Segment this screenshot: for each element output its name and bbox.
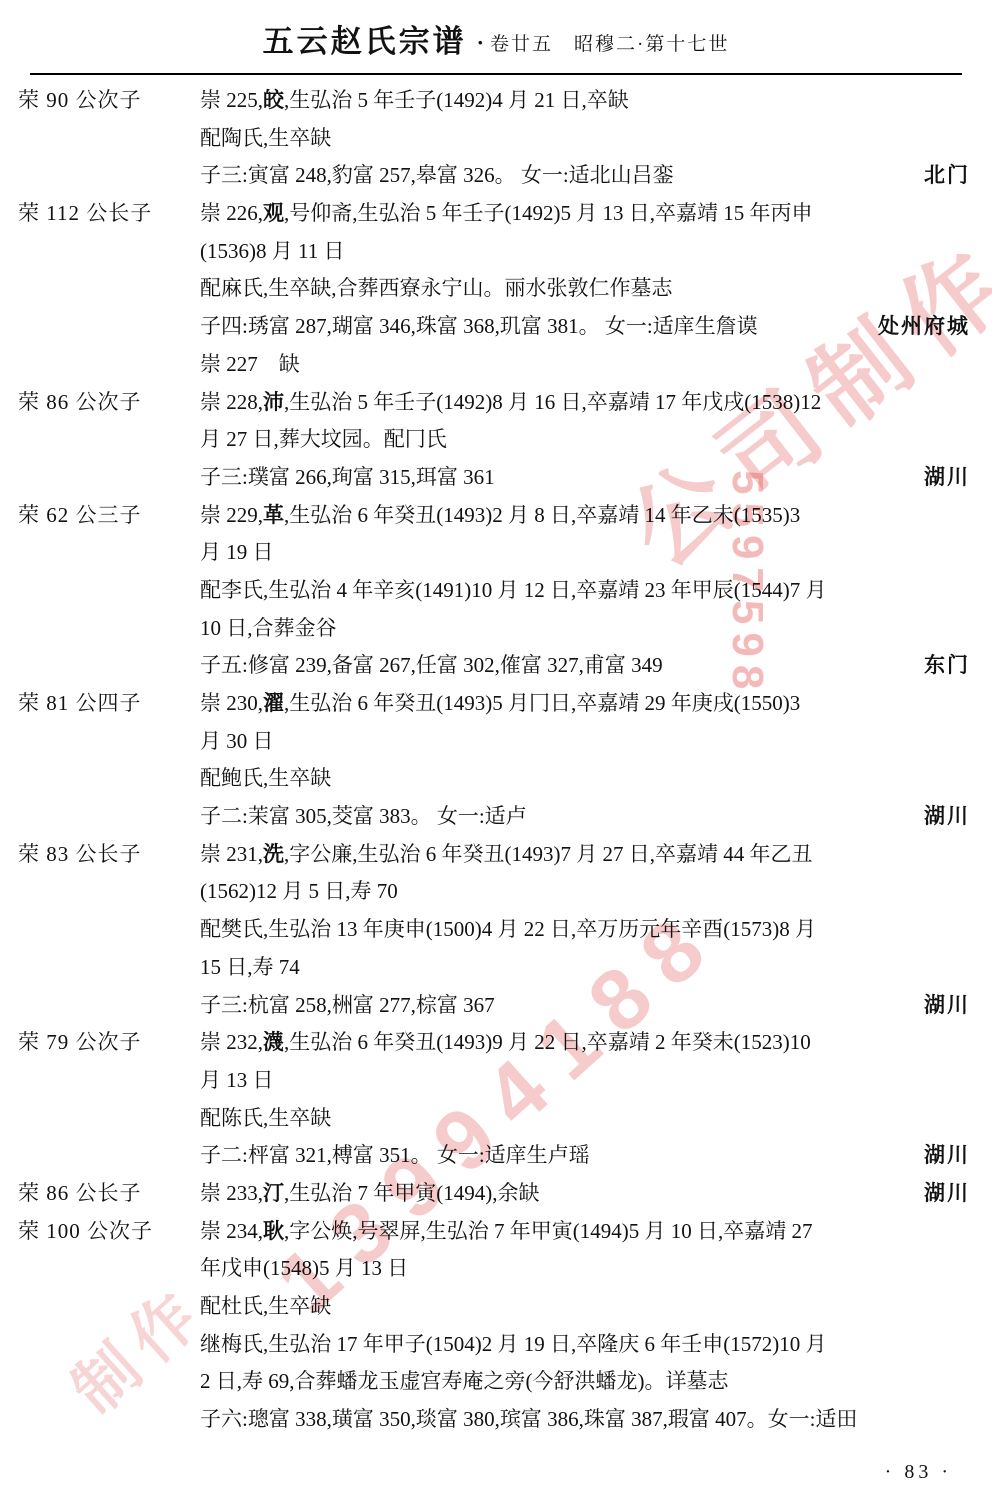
line-detail: ,字公焕,号翠屏,生弘治 7 年甲寅(1494)5 月 10 日,卒嘉靖 27 xyxy=(284,1219,813,1243)
line-detail: 子三:璞富 266,珣富 315,珥富 361 xyxy=(200,465,495,489)
genealogy-line: 配李氏,生弘治 4 年辛亥(1491)10 月 12 日,卒嘉靖 23 年甲辰(… xyxy=(0,572,992,610)
genealogy-line: 荣 112 公长子崇 226,观,号仰斋,生弘治 5 年壬子(1492)5 月 … xyxy=(0,195,992,233)
branch-annotation: 处州府城 xyxy=(878,308,970,346)
father-label: 荣 86 公长子 xyxy=(18,1175,200,1213)
line-text: 崇 232,瀎,生弘治 6 年癸丑(1493)9 月 22 日,卒嘉靖 2 年癸… xyxy=(200,1024,970,1062)
branch-annotation: 湖川 xyxy=(924,798,970,836)
branch-annotation: 湖川 xyxy=(924,1137,970,1175)
genealogy-line: 月 19 日 xyxy=(0,534,992,572)
line-detail: 年戊申(1548)5 月 13 日 xyxy=(200,1256,408,1280)
line-text: (1562)12 月 5 日,寿 70 xyxy=(200,873,970,911)
line-text: 月 30 日 xyxy=(200,723,970,761)
person-id: 崇 229, xyxy=(200,503,263,527)
genealogy-line: 月 13 日 xyxy=(0,1062,992,1100)
line-text: 子二:茉富 305,茭富 383。 女一:适卢 xyxy=(200,798,924,836)
volume-subtitle: 卷廿五 昭穆二·第十七世 xyxy=(490,34,729,55)
genealogy-line: 继梅氏,生弘治 17 年甲子(1504)2 月 19 日,卒隆庆 6 年壬申(1… xyxy=(0,1326,992,1364)
line-detail: 配鲍氏,生卒缺 xyxy=(200,766,331,790)
line-detail: 15 日,寿 74 xyxy=(200,955,300,979)
genealogy-line: 配陶氏,生卒缺 xyxy=(0,120,992,158)
line-detail: 继梅氏,生弘治 17 年甲子(1504)2 月 19 日,卒隆庆 6 年壬申(1… xyxy=(200,1332,826,1356)
genealogy-line: 荣 86 公长子崇 233,汀,生弘治 7 年甲寅(1494),余缺湖川 xyxy=(0,1175,992,1213)
line-detail: 月 27 日,葬大坟园。配冂氏 xyxy=(200,427,447,451)
line-text: 配鲍氏,生卒缺 xyxy=(200,760,970,798)
genealogy-line: 配杜氏,生卒缺 xyxy=(0,1288,992,1326)
person-name: 皎 xyxy=(263,88,284,112)
person-name: 观 xyxy=(263,201,284,225)
line-text: 子五:修富 239,备富 267,任富 302,傕富 327,甫富 349 xyxy=(200,647,924,685)
genealogy-body: 荣 90 公次子崇 225,皎,生弘治 5 年壬子(1492)4 月 21 日,… xyxy=(0,82,992,1439)
book-title: 五云赵氏宗谱 xyxy=(263,24,467,59)
line-detail: 2 日,寿 69,合葬蟠龙玉虚宫寿庵之旁(今舒洪蟠龙)。详墓志 xyxy=(200,1369,728,1393)
person-id: 崇 233, xyxy=(200,1181,263,1205)
line-detail: ,生弘治 6 年癸丑(1493)2 月 8 日,卒嘉靖 14 年乙未(1535)… xyxy=(284,503,800,527)
line-detail: 配陈氏,生卒缺 xyxy=(200,1106,331,1130)
person-id: 崇 231, xyxy=(200,842,263,866)
line-detail: 配李氏,生弘治 4 年辛亥(1491)10 月 12 日,卒嘉靖 23 年甲辰(… xyxy=(200,578,826,602)
line-text: 崇 234,耿,字公焕,号翠屏,生弘治 7 年甲寅(1494)5 月 10 日,… xyxy=(200,1213,970,1251)
genealogy-line: 子四:琇富 287,瑚富 346,珠富 368,玑富 381。 女一:适庠生詹谟… xyxy=(0,308,992,346)
person-name: 濯 xyxy=(263,691,284,715)
father-label: 荣 86 公次子 xyxy=(18,384,200,422)
father-label: 荣 79 公次子 xyxy=(18,1024,200,1062)
father-label: 荣 62 公三子 xyxy=(18,497,200,535)
person-id: 崇 234, xyxy=(200,1219,263,1243)
person-id: 崇 225, xyxy=(200,88,263,112)
header-divider xyxy=(30,73,962,75)
line-text: 月 13 日 xyxy=(200,1062,970,1100)
genealogy-line: 荣 81 公四子崇 230,濯,生弘治 6 年癸丑(1493)5 月冂日,卒嘉靖… xyxy=(0,685,992,723)
line-detail: 月 13 日 xyxy=(200,1068,274,1092)
father-label: 荣 90 公次子 xyxy=(18,82,200,120)
genealogy-line: 配麻氏,生卒缺,合葬西寮永宁山。丽水张敦仁作墓志 xyxy=(0,270,992,308)
line-detail: ,生弘治 6 年癸丑(1493)5 月冂日,卒嘉靖 29 年庚戌(1550)3 xyxy=(284,691,800,715)
line-detail: 崇 227 缺 xyxy=(200,352,300,376)
line-detail: 月 30 日 xyxy=(200,729,274,753)
genealogy-line: 荣 62 公三子崇 229,革,生弘治 6 年癸丑(1493)2 月 8 日,卒… xyxy=(0,497,992,535)
father-label: 荣 83 公长子 xyxy=(18,836,200,874)
line-text: 崇 226,观,号仰斋,生弘治 5 年壬子(1492)5 月 13 日,卒嘉靖 … xyxy=(200,195,970,233)
line-text: 继梅氏,生弘治 17 年甲子(1504)2 月 19 日,卒隆庆 6 年壬申(1… xyxy=(200,1326,970,1364)
page-number: · 83 · xyxy=(885,1461,952,1484)
line-text: 崇 228,沛,生弘治 5 年壬子(1492)8 月 16 日,卒嘉靖 17 年… xyxy=(200,384,970,422)
genealogy-line: 子五:修富 239,备富 267,任富 302,傕富 327,甫富 349东门 xyxy=(0,647,992,685)
line-text: 10 日,合葬金谷 xyxy=(200,610,970,648)
genealogy-line: 崇 227 缺 xyxy=(0,346,992,384)
line-detail: ,生弘治 7 年甲寅(1494),余缺 xyxy=(284,1181,540,1205)
line-text: 子四:琇富 287,瑚富 346,珠富 368,玑富 381。 女一:适庠生詹谟 xyxy=(200,308,878,346)
line-detail: (1562)12 月 5 日,寿 70 xyxy=(200,879,398,903)
line-detail: 配杜氏,生卒缺 xyxy=(200,1294,331,1318)
genealogy-line: 配陈氏,生卒缺 xyxy=(0,1100,992,1138)
line-detail: 子六:璁富 338,璜富 350,琰富 380,瑸富 386,珠富 387,瑕富… xyxy=(200,1407,857,1431)
father-label: 荣 81 公四子 xyxy=(18,685,200,723)
genealogy-line: 荣 100 公次子崇 234,耿,字公焕,号翠屏,生弘治 7 年甲寅(1494)… xyxy=(0,1213,992,1251)
line-detail: 配麻氏,生卒缺,合葬西寮永宁山。丽水张敦仁作墓志 xyxy=(200,276,673,300)
person-name: 汀 xyxy=(263,1181,284,1205)
branch-annotation: 湖川 xyxy=(924,987,970,1025)
line-text: 年戊申(1548)5 月 13 日 xyxy=(200,1250,970,1288)
line-text: 崇 231,洗,字公廉,生弘治 6 年癸丑(1493)7 月 27 日,卒嘉靖 … xyxy=(200,836,970,874)
person-name: 沛 xyxy=(263,390,284,414)
line-text: 子三:杭富 258,栦富 277,棕富 367 xyxy=(200,987,924,1025)
genealogy-line: 月 27 日,葬大坟园。配冂氏 xyxy=(0,421,992,459)
line-text: 配陶氏,生卒缺 xyxy=(200,120,970,158)
line-detail: ,号仰斋,生弘治 5 年壬子(1492)5 月 13 日,卒嘉靖 15 年丙申 xyxy=(284,201,813,225)
line-text: 崇 225,皎,生弘治 5 年壬子(1492)4 月 21 日,卒缺 xyxy=(200,82,970,120)
person-id: 崇 228, xyxy=(200,390,263,414)
line-text: 月 27 日,葬大坟园。配冂氏 xyxy=(200,421,970,459)
line-text: (1536)8 月 11 日 xyxy=(200,233,970,271)
line-text: 2 日,寿 69,合葬蟠龙玉虚宫寿庵之旁(今舒洪蟠龙)。详墓志 xyxy=(200,1363,970,1401)
line-text: 崇 230,濯,生弘治 6 年癸丑(1493)5 月冂日,卒嘉靖 29 年庚戌(… xyxy=(200,685,970,723)
genealogy-line: 子二:茉富 305,茭富 383。 女一:适卢湖川 xyxy=(0,798,992,836)
line-detail: (1536)8 月 11 日 xyxy=(200,239,344,263)
person-name: 耿 xyxy=(263,1219,284,1243)
line-detail: 子五:修富 239,备富 267,任富 302,傕富 327,甫富 349 xyxy=(200,653,663,677)
line-detail: 子二:茉富 305,茭富 383。 女一:适卢 xyxy=(200,804,527,828)
genealogy-line: 荣 79 公次子崇 232,瀎,生弘治 6 年癸丑(1493)9 月 22 日,… xyxy=(0,1024,992,1062)
genealogy-line: 配鲍氏,生卒缺 xyxy=(0,760,992,798)
genealogy-line: 15 日,寿 74 xyxy=(0,949,992,987)
genealogy-line: 荣 83 公长子崇 231,洗,字公廉,生弘治 6 年癸丑(1493)7 月 2… xyxy=(0,836,992,874)
genealogy-line: 年戊申(1548)5 月 13 日 xyxy=(0,1250,992,1288)
person-id: 崇 230, xyxy=(200,691,263,715)
branch-annotation: 湖川 xyxy=(924,1175,970,1213)
line-text: 配樊氏,生弘治 13 年庚申(1500)4 月 22 日,卒万历元年辛酉(157… xyxy=(200,911,970,949)
line-detail: ,生弘治 5 年壬子(1492)8 月 16 日,卒嘉靖 17 年戊戌(1538… xyxy=(284,390,821,414)
genealogy-line: 2 日,寿 69,合葬蟠龙玉虚宫寿庵之旁(今舒洪蟠龙)。详墓志 xyxy=(0,1363,992,1401)
genealogy-line: 月 30 日 xyxy=(0,723,992,761)
line-detail: ,生弘治 6 年癸丑(1493)9 月 22 日,卒嘉靖 2 年癸未(1523)… xyxy=(284,1030,811,1054)
father-label: 荣 100 公次子 xyxy=(18,1213,200,1251)
line-text: 崇 229,革,生弘治 6 年癸丑(1493)2 月 8 日,卒嘉靖 14 年乙… xyxy=(200,497,970,535)
line-text: 子三:寅富 248,豹富 257,皋富 326。 女一:适北山吕銮 xyxy=(200,157,924,195)
genealogy-line: 荣 86 公次子崇 228,沛,生弘治 5 年壬子(1492)8 月 16 日,… xyxy=(0,384,992,422)
line-text: 崇 233,汀,生弘治 7 年甲寅(1494),余缺 xyxy=(200,1175,924,1213)
genealogy-line: 子三:寅富 248,豹富 257,皋富 326。 女一:适北山吕銮北门 xyxy=(0,157,992,195)
line-text: 子三:璞富 266,珣富 315,珥富 361 xyxy=(200,459,924,497)
person-id: 崇 232, xyxy=(200,1030,263,1054)
line-text: 子二:枰富 321,榑富 351。 女一:适庠生卢瑶 xyxy=(200,1137,924,1175)
genealogy-line: 荣 90 公次子崇 225,皎,生弘治 5 年壬子(1492)4 月 21 日,… xyxy=(0,82,992,120)
genealogy-line: (1562)12 月 5 日,寿 70 xyxy=(0,873,992,911)
line-text: 月 19 日 xyxy=(200,534,970,572)
line-text: 15 日,寿 74 xyxy=(200,949,970,987)
genealogy-line: 10 日,合葬金谷 xyxy=(0,610,992,648)
line-text: 配麻氏,生卒缺,合葬西寮永宁山。丽水张敦仁作墓志 xyxy=(200,270,970,308)
person-id: 崇 226, xyxy=(200,201,263,225)
line-text: 配杜氏,生卒缺 xyxy=(200,1288,970,1326)
line-text: 子六:璁富 338,璜富 350,琰富 380,瑸富 386,珠富 387,瑕富… xyxy=(200,1401,970,1439)
line-detail: 子三:杭富 258,栦富 277,棕富 367 xyxy=(200,993,495,1017)
line-text: 配陈氏,生卒缺 xyxy=(200,1100,970,1138)
person-name: 革 xyxy=(263,503,284,527)
line-detail: 10 日,合葬金谷 xyxy=(200,616,337,640)
page-header: 五云赵氏宗谱·卷廿五 昭穆二·第十七世 xyxy=(0,0,992,61)
genealogy-line: 子三:璞富 266,珣富 315,珥富 361湖川 xyxy=(0,459,992,497)
line-detail: 子三:寅富 248,豹富 257,皋富 326。 女一:适北山吕銮 xyxy=(200,163,674,187)
genealogy-line: 子六:璁富 338,璜富 350,琰富 380,瑸富 386,珠富 387,瑕富… xyxy=(0,1401,992,1439)
genealogy-line: 子三:杭富 258,栦富 277,棕富 367湖川 xyxy=(0,987,992,1025)
genealogy-line: (1536)8 月 11 日 xyxy=(0,233,992,271)
branch-annotation: 东门 xyxy=(924,647,970,685)
genealogy-line: 配樊氏,生弘治 13 年庚申(1500)4 月 22 日,卒万历元年辛酉(157… xyxy=(0,911,992,949)
line-detail: ,生弘治 5 年壬子(1492)4 月 21 日,卒缺 xyxy=(284,88,629,112)
person-name: 瀎 xyxy=(263,1030,284,1054)
line-detail: 子二:枰富 321,榑富 351。 女一:适庠生卢瑶 xyxy=(200,1143,590,1167)
line-detail: 月 19 日 xyxy=(200,540,274,564)
person-name: 洗 xyxy=(263,842,284,866)
branch-annotation: 湖川 xyxy=(924,459,970,497)
branch-annotation: 北门 xyxy=(924,157,970,195)
line-detail: ,字公廉,生弘治 6 年癸丑(1493)7 月 27 日,卒嘉靖 44 年乙丑 xyxy=(284,842,813,866)
genealogy-line: 子二:枰富 321,榑富 351。 女一:适庠生卢瑶湖川 xyxy=(0,1137,992,1175)
line-detail: 配陶氏,生卒缺 xyxy=(200,126,331,150)
line-detail: 配樊氏,生弘治 13 年庚申(1500)4 月 22 日,卒万历元年辛酉(157… xyxy=(200,917,816,941)
line-detail: 子四:琇富 287,瑚富 346,珠富 368,玑富 381。 女一:适庠生詹谟 xyxy=(200,314,758,338)
title-separator: · xyxy=(477,30,484,55)
line-text: 配李氏,生弘治 4 年辛亥(1491)10 月 12 日,卒嘉靖 23 年甲辰(… xyxy=(200,572,970,610)
line-text: 崇 227 缺 xyxy=(200,346,970,384)
father-label: 荣 112 公长子 xyxy=(18,195,200,233)
